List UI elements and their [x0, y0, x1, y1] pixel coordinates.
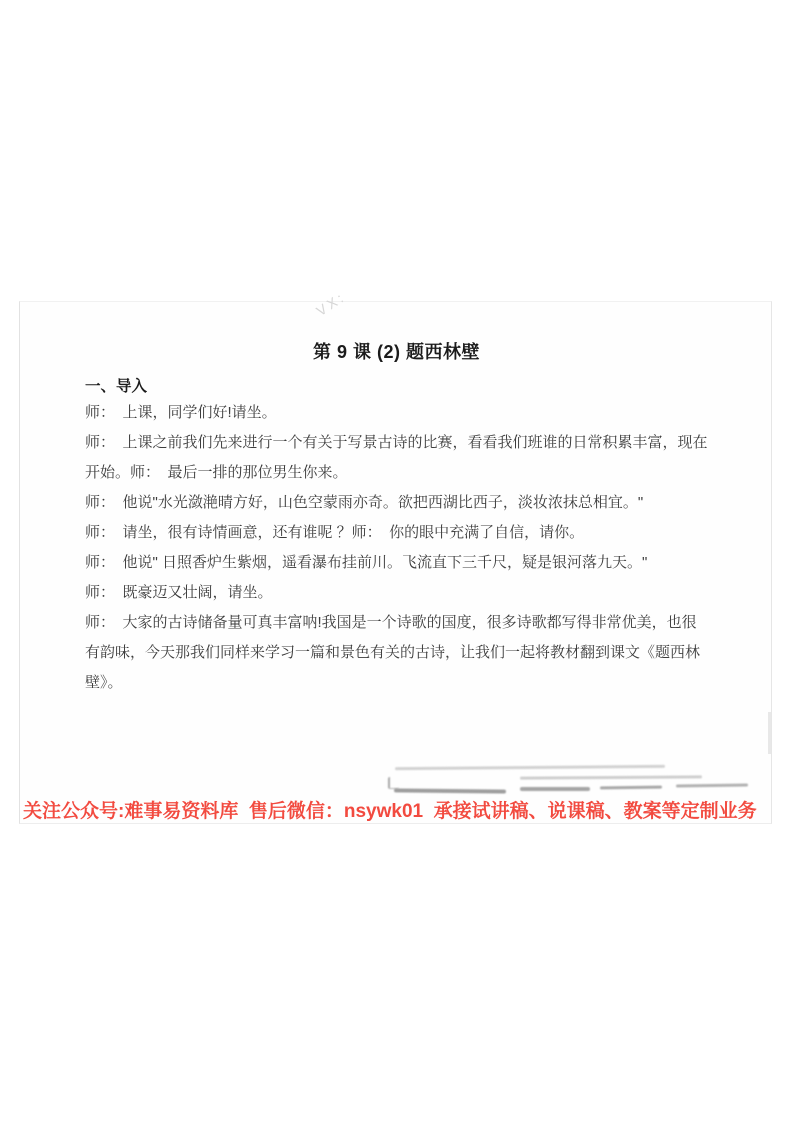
dialogue-paragraph-4: 师： 请坐，很有诗情画意，还有谁呢 ？师： 你的眼中充满了自信，请你。 — [85, 518, 745, 548]
scan-edge-artifact — [768, 712, 771, 754]
footer-promo-banner: 关注公众号:难事易资料库 售后微信：nsywk01 承接试讲稿、说课稿、教案等定… — [23, 796, 757, 823]
dialogue-paragraph-3: 师： 他说"水光潋滟晴方好，山色空蒙雨亦奇。欲把西湖比西子，淡妆浓抹总相宜。" — [85, 488, 745, 518]
smudge-stroke — [520, 787, 590, 791]
dialogue-paragraph-5: 师： 他说" 日照香炉生紫烟，遥看瀑布挂前川。飞流直下三千尺，疑是银河落九天。" — [85, 548, 745, 578]
section-heading: 一、导入 — [85, 374, 147, 396]
dialogue-paragraph-1: 师： 上课，同学们好!请坐。 — [85, 398, 745, 428]
dialogue-paragraph-7: 师： 大家的古诗储备量可真丰富呐!我国是一个诗歌的国度，很多诗歌都写得非常优美，… — [85, 608, 745, 698]
document-page: VX: 第 9 课 (2) 题西林壁 一、导入 师： 上课，同学们好!请坐。 师… — [0, 0, 793, 1122]
dialogue-paragraph-6: 师： 既豪迈又壮阔，请坐。 — [85, 578, 745, 608]
dialogue-paragraph-2: 师： 上课之前我们先来进行一个有关于写景古诗的比赛，看看我们班谁的日常积累丰富，… — [85, 428, 745, 488]
lesson-title: 第 9 课 (2) 题西林壁 — [0, 338, 793, 364]
smudge-stroke — [388, 777, 399, 789]
lesson-transcript: 师： 上课，同学们好!请坐。 师： 上课之前我们先来进行一个有关于写景古诗的比赛… — [85, 398, 745, 698]
